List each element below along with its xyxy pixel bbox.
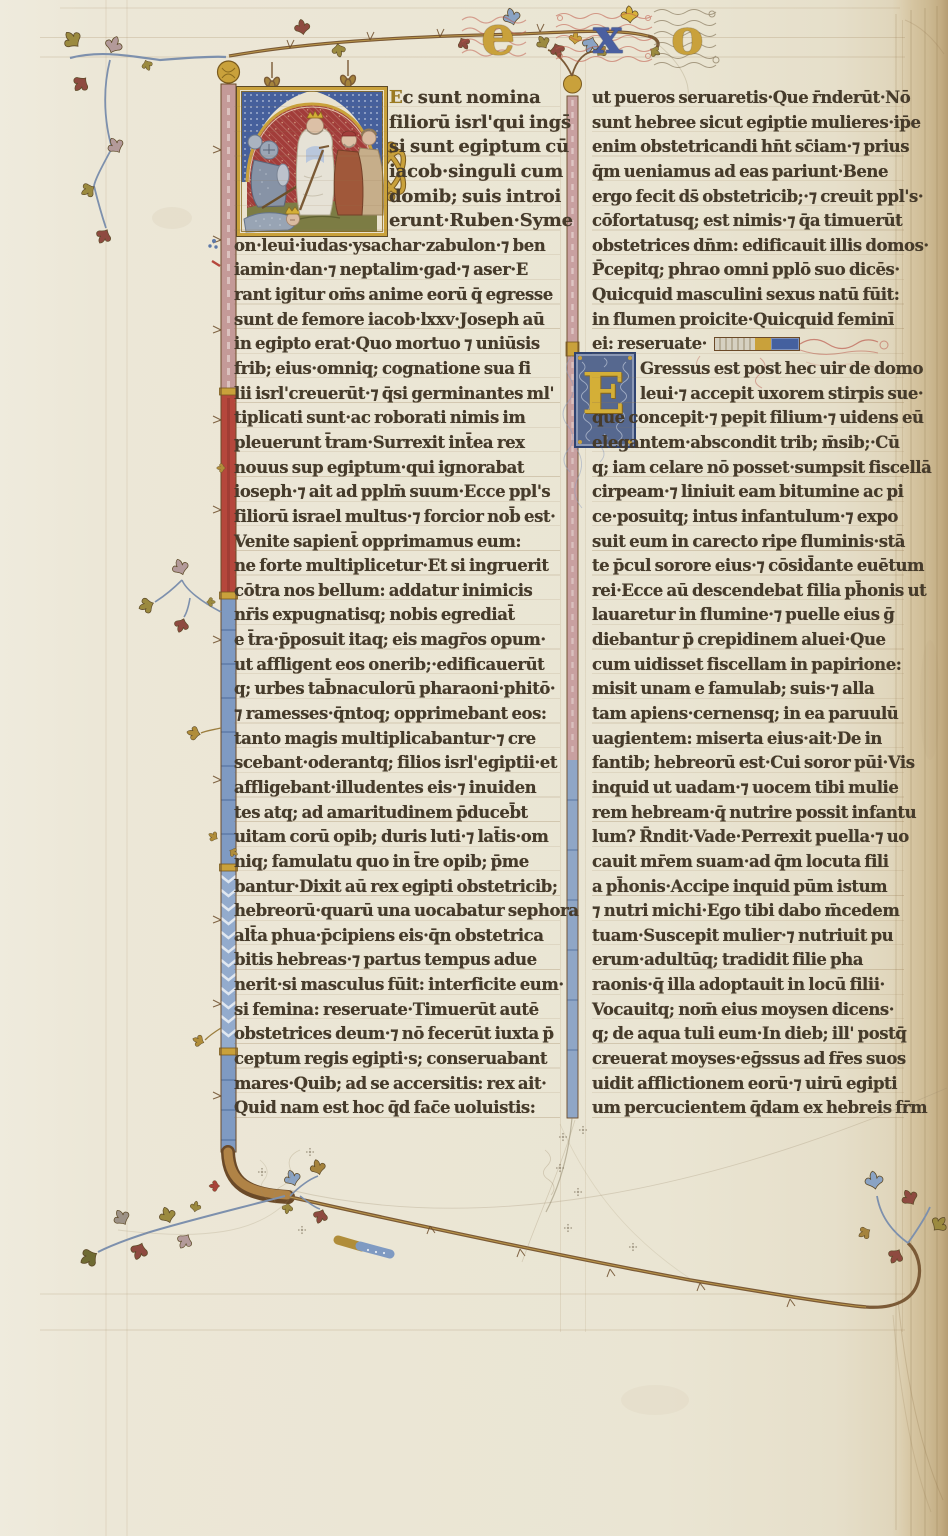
text-line: pleuerunt t̄ram·Surrexit int̄ea rex [234,431,560,456]
text-line: lii isrl'creuerūt·⁊ q̄si germinantes ml' [234,382,560,407]
text-line: filiorū isrl'qui ings̄ [389,111,560,136]
text-line: iamin·dan·⁊ neptalim·gad·⁊ aser·E [234,258,560,283]
text-line: ne forte multiplicetur·Et si ingruerit [234,554,560,579]
right-column-indented-lines: Gressus est post hec uir de domoleui·⁊ a… [640,357,904,406]
text-line: tes atq; ad amaritudinem p̄duceb̄t [234,801,560,826]
bottom-border [76,1158,948,1308]
text-line: erum·adultūq; tradidit filie pha [592,948,904,973]
running-title-letter-e: e [481,8,515,62]
text-line: raonis·q̄ illa adoptauit in locū filii· [592,973,904,998]
text-line: erunt·Ruben·Syme [389,209,560,234]
text-line: Quid nam est hoc q̄d fac̄e uoluistis: [234,1096,560,1121]
right-column-lines-bottom: que concepit·⁊ pepit filium·⁊ uidens eūe… [592,406,904,1121]
text-line: ut affligent eos onerib;·edificauerūt [234,653,560,678]
text-line: sunt de femore iacob·lxxv·Joseph aū [234,308,560,333]
text-line: cōtra nos bellum: addatur inimicis [234,579,560,604]
text-line: rant igitur om̄s anime eorū q̄ egresse [234,283,560,308]
text-line: ergo fecit ds̄ obstetricib;·⁊ creuit ppl… [592,185,904,210]
text-line: que concepit·⁊ pepit filium·⁊ uidens eū [592,406,904,431]
text-line: ce·posuitq; intus infantulum·⁊ expo [592,505,904,530]
running-title-letter-x: x [593,12,622,61]
text-line: q; urbes tab̄naculorū pharaoni·phitō· [234,677,560,702]
text-line: Ec sunt nomina [389,86,560,111]
text-line: domib; suis introi [389,185,560,210]
text-line: uagientem: miserta eius·ait·De in [592,727,904,752]
text-line: in egipto erat·Quo mortuo ⁊ uniūsis [234,332,560,357]
text-line: niq; famulatu quo in t̄re opib; p̄me [234,850,560,875]
text-line: cum uidisset fiscellam in papirione: [592,653,904,678]
text-line: Gressus est post hec uir de domo [640,357,904,382]
text-line: alt̄a phua·p̄cipiens eis·q̄n obstetrica [234,924,560,949]
text-line: enim obstetricandi hn̄t sc̄iam·⁊ prius [592,135,904,160]
text-line: nerit·si masculus fūit: interficite eum· [234,973,560,998]
text-line: q; de aqua tuli eum·In dieb; ill' postq̄ [592,1022,904,1047]
text-line: sunt hebree sicut egiptie mulieres·ip̄e [592,111,904,136]
text-line: te p̄cul sorore eius·⁊ cōsid̄ante euētum [592,554,904,579]
text-line: q; iam celare nō posset·sumpsit fiscellā [592,456,904,481]
text-line: e t̄ra·p̄posuit itaq; eis magr̄os opum· [234,628,560,653]
text-line: ut pueros seruaretis·Que r̄nderūt·Nō [592,86,904,111]
text-line: ⁊ nutri michi·Ego tibi dabo m̄cedem [592,899,904,924]
text-line: Vocauitq; nom̄ eius moysen dicens· [592,998,904,1023]
text-line: hebreorū·quarū una uocabatur sephora [234,899,560,924]
text-line: inquid ut uadam·⁊ uocem tibi mulie [592,776,904,801]
text-line: fantib; hebreorū est·Cui soror pūi·Vis [592,751,904,776]
text-line: cauit mr̄em suam·ad q̄m locuta fili [592,850,904,875]
running-title-letter-o: o [671,13,704,62]
text-line: creuerat moyses·eḡssus ad fr̄es suos [592,1047,904,1072]
text-line: obstetrices dn̄m: edificauit illis domos… [592,234,904,259]
text-line: si femina: reseruate·Timuerūt autē [234,998,560,1023]
text-line: nr̄is expugnatisq; nobis egrediat̄ [234,603,560,628]
text-line: um percucientem q̄dam ex hebreis fr̄m [592,1096,904,1121]
text-line: cirpeam·⁊ liniuit eam bitumine ac pi [592,480,904,505]
margin-sprigs [136,463,239,1048]
text-line: mares·Quib; ad se accersitis: rex ait· [234,1072,560,1097]
text-line: Venite sapient̄ opprimamus eum: [234,530,560,555]
text-line: rei·Ecce aū descendebat filia ph̄onis ut [592,579,904,604]
text-line: scebant·oderantq; filios isrl'egiptii·et [234,751,560,776]
text-line: on·leui·iudas·ysachar·zabulon·⁊ ben [234,234,560,259]
text-line: obstetrices deum·⁊ nō fecerūt iuxta p̄ [234,1022,560,1047]
text-line: tuam·Suscepit mulier·⁊ nutriuit pu [592,924,904,949]
text-line: lum? R̄ndit·Vade·Perrexit puella·⁊ uo [592,825,904,850]
text-line: rem hebream·q̄ nutrire possit infantu [592,801,904,826]
text-line: iacob·singuli cum [389,160,560,185]
text-line: uitam corū opib; duris luti·⁊ lat̄is·om [234,825,560,850]
text-line: affligebant·illudentes eis·⁊ inuiden [234,776,560,801]
text-line: nouus sup egiptum·qui ignorabat [234,456,560,481]
text-line: in flumen proicite·Quicquid feminī [592,308,904,333]
text-line: tiplicati sunt·ac roborati nimis im [234,406,560,431]
text-line: frib; eius·omniq; cognatione sua fi [234,357,560,382]
text-line: Quicquid masculini sexus natū fūit: [592,283,904,308]
text-line: diebantur p̄ crepidinem aluei·Que [592,628,904,653]
left-column-lines: on·leui·iudas·ysachar·zabulon·⁊ beniamin… [234,234,560,1121]
text-line: suit eum in carecto ripe fluminis·stā [592,530,904,555]
text-column-left: Ec sunt nominafiliorū isrl'qui ings̄si s… [234,86,560,1123]
paraph-marks [208,239,220,266]
manuscript-page: e x o [0,0,948,1536]
text-line: lauaretur in flumine·⁊ puelle eius ḡ [592,603,904,628]
text-line: bitis hebreas·⁊ partus tempus adue [234,948,560,973]
text-line: cōfortatusq; est nimis·⁊ q̄a timuerūt [592,209,904,234]
text-column-right: ut pueros seruaretis·Que r̄nderūt·Nōsunt… [592,86,904,1123]
text-line: bantur·Dixit aū rex egipti obstetricib; [234,875,560,900]
text-line: si sunt egiptum cū [389,135,560,160]
text-line: leui·⁊ accepit uxorem stirpis sue· [640,382,904,407]
text-line: ioseph·⁊ ait ad pplm̄ suum·Ecce ppl's [234,480,560,505]
text-line: q̄m ueniamus ad eas pariunt·Bene [592,160,904,185]
bar-thorns [213,146,221,1099]
text-line: P̄cepitq; phrao omni pplō suo dicēs· [592,258,904,283]
text-line: ceptum regis egipti·s; conseruabant [234,1047,560,1072]
text-line: ei: reseruate· [592,332,904,357]
text-line: a ph̄onis·Accipe inquid pūm istum [592,875,904,900]
text-line: filiorū israel multus·⁊ forcior nob̄ est… [234,505,560,530]
text-line: elegantem·abscondit trib; m̄sib;·Cū [592,431,904,456]
text-line: tanto magis multiplicabantur·⁊ cre [234,727,560,752]
text-line: misit unam e famulab; suis·⁊ alla [592,677,904,702]
right-column-lines-top: ut pueros seruaretis·Que r̄nderūt·Nōsunt… [592,86,904,357]
text-line: ⁊ ramesses·q̄ntoq; opprimebant eos: [234,702,560,727]
text-line: uidit afflictionem eorū·⁊ uirū egipti [592,1072,904,1097]
left-column-indented-lines: Ec sunt nominafiliorū isrl'qui ings̄si s… [389,86,560,234]
text-line: tam apiens·cernensq; in ea paruulū [592,702,904,727]
